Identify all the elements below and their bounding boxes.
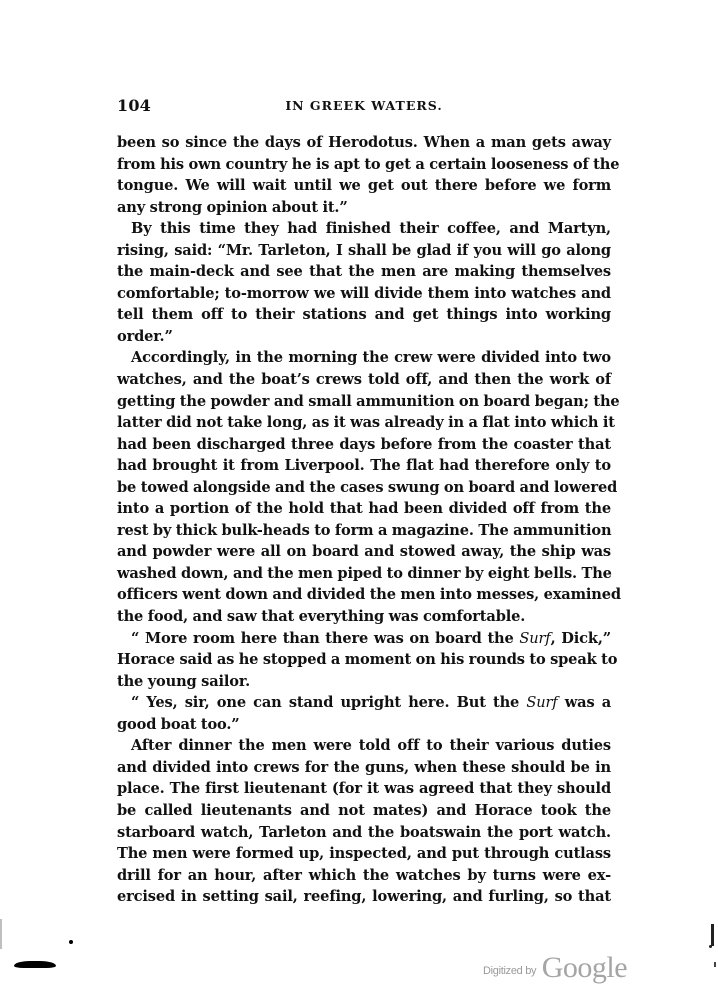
text-line: from his own country he is apt to get a …	[117, 154, 611, 176]
scan-artifact-edge	[709, 945, 712, 948]
text-line: watches, and the boat’s crews told off, …	[117, 369, 611, 391]
text-line: rising, said: “Mr. Tarleton, I shall be …	[117, 240, 611, 262]
text-line: order.”	[117, 326, 611, 348]
text-line: starboard watch, Tarleton and the boatsw…	[117, 822, 611, 844]
text-line: had been discharged three days before fr…	[117, 434, 611, 456]
text-line: had brought it from Liverpool. The flat …	[117, 455, 611, 477]
ship-name-italic: Surf	[519, 630, 550, 647]
text-line: been so since the days of Herodotus. Whe…	[117, 132, 611, 154]
text-line: tell them off to their stations and get …	[117, 304, 611, 326]
paragraph-start-line: By this time they had finished their cof…	[117, 218, 611, 240]
scan-artifact-edge	[711, 924, 714, 946]
scan-artifact-dot	[69, 940, 73, 944]
text-line: getting the powder and small ammunition …	[117, 391, 611, 413]
text-line: washed down, and the men piped to dinner…	[117, 563, 611, 585]
text-line: drill for an hour, after which the watch…	[117, 865, 611, 887]
scan-artifact-edge	[714, 962, 716, 967]
text-line: into a portion of the hold that had been…	[117, 498, 611, 520]
page-header: 104 IN GREEK WATERS.	[117, 96, 611, 118]
text-line: latter did not take long, as it was alre…	[117, 412, 611, 434]
text-line: the main-deck and see that the men are m…	[117, 261, 611, 283]
running-title: IN GREEK WATERS.	[117, 98, 611, 113]
text-line: rest by thick bulk-heads to form a magaz…	[117, 520, 611, 542]
watermark-prefix: Digitized by	[483, 965, 536, 977]
text-segment: “ Yes, sir, one can stand upright here. …	[131, 694, 526, 711]
text-line: place. The first lieutenant (for it was …	[117, 778, 611, 800]
google-logo-text: Google	[542, 951, 627, 984]
text-line: any strong opinion about it.”	[117, 197, 611, 219]
paragraph-start-line: Accordingly, in the morning the crew wer…	[117, 347, 611, 369]
text-line: Horace said as he stopped a moment on hi…	[117, 649, 611, 671]
paragraph-start-line: “ More room here than there was on board…	[117, 628, 611, 650]
text-line: be towed alongside and the cases swung o…	[117, 477, 611, 499]
ship-name-italic: Surf	[526, 694, 557, 711]
text-line: officers went down and divided the men i…	[117, 584, 611, 606]
paragraph-start-line: After dinner the men were told off to th…	[117, 735, 611, 757]
paragraph-start-line: “ Yes, sir, one can stand upright here. …	[117, 692, 611, 714]
text-segment: , Dick,”	[551, 630, 611, 647]
text-line: and powder were all on board and stowed …	[117, 541, 611, 563]
digitized-by-google-watermark: Digitized by Google	[483, 948, 627, 982]
text-line: the young sailor.	[117, 671, 611, 693]
text-line: good boat too.”	[117, 714, 611, 736]
text-line: be called lieutenants and not mates) and…	[117, 800, 611, 822]
text-line: ercised in setting sail, reefing, loweri…	[117, 886, 611, 908]
text-line: tongue. We will wait until we get out th…	[117, 175, 611, 197]
text-line: and divided into crews for the guns, whe…	[117, 757, 611, 779]
text-line: the food, and saw that everything was co…	[117, 606, 611, 628]
text-segment: was a	[558, 694, 611, 711]
text-line: comfortable; to-morrow we will divide th…	[117, 283, 611, 305]
scan-artifact-blot	[14, 961, 56, 968]
text-segment: “ More room here than there was on board…	[131, 630, 519, 647]
body-text: been so since the days of Herodotus. Whe…	[117, 132, 611, 908]
text-line: The men were formed up, inspected, and p…	[117, 843, 611, 865]
scan-artifact-bar	[0, 919, 2, 949]
